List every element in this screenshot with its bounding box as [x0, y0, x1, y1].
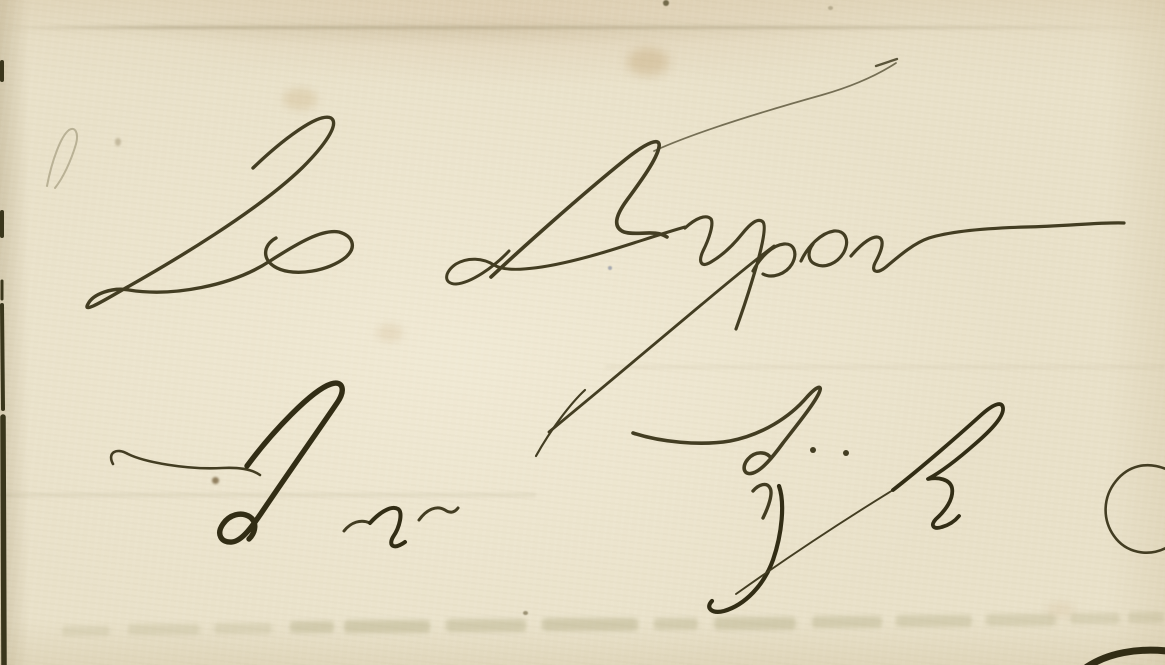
- d-lead-curl-stroke: [447, 227, 685, 284]
- margin-and-edge-marks: [2, 62, 1165, 665]
- left-edge-seg-4: [2, 305, 3, 409]
- k-stroke: [893, 404, 1003, 528]
- manuscript-scan: [0, 0, 1165, 665]
- j-descender-stroke: [709, 486, 782, 612]
- edge-partial-letter-stroke: [1106, 465, 1165, 552]
- l2-capital-l-stroke: [220, 383, 342, 542]
- signature-line-2: [111, 383, 1003, 612]
- ij-dot-1: [810, 447, 816, 453]
- paraph-slash-stroke: [549, 246, 774, 432]
- ink-layer: [0, 0, 1165, 665]
- corner-cutoff-stroke: [1087, 650, 1165, 665]
- i-stroke: [753, 484, 771, 518]
- ij-dot-2: [843, 450, 849, 456]
- v-body-stroke: [370, 508, 405, 546]
- l2-lead-stroke: [111, 451, 260, 475]
- v-tilde-stroke: [419, 508, 458, 520]
- d-stem-stroke: [491, 142, 667, 277]
- jk-connector-stroke: [736, 490, 893, 594]
- v-lead-stroke: [344, 521, 370, 531]
- signature-line-1: [87, 59, 1124, 432]
- ghost-loop-mark: [47, 129, 77, 188]
- capital-l-stroke: [87, 117, 352, 307]
- e-body-stroke: [633, 387, 820, 473]
- upon-letters-stroke: [685, 217, 1124, 329]
- left-edge-seg-5: [3, 417, 4, 665]
- d-apex-flourish-stroke: [654, 63, 896, 151]
